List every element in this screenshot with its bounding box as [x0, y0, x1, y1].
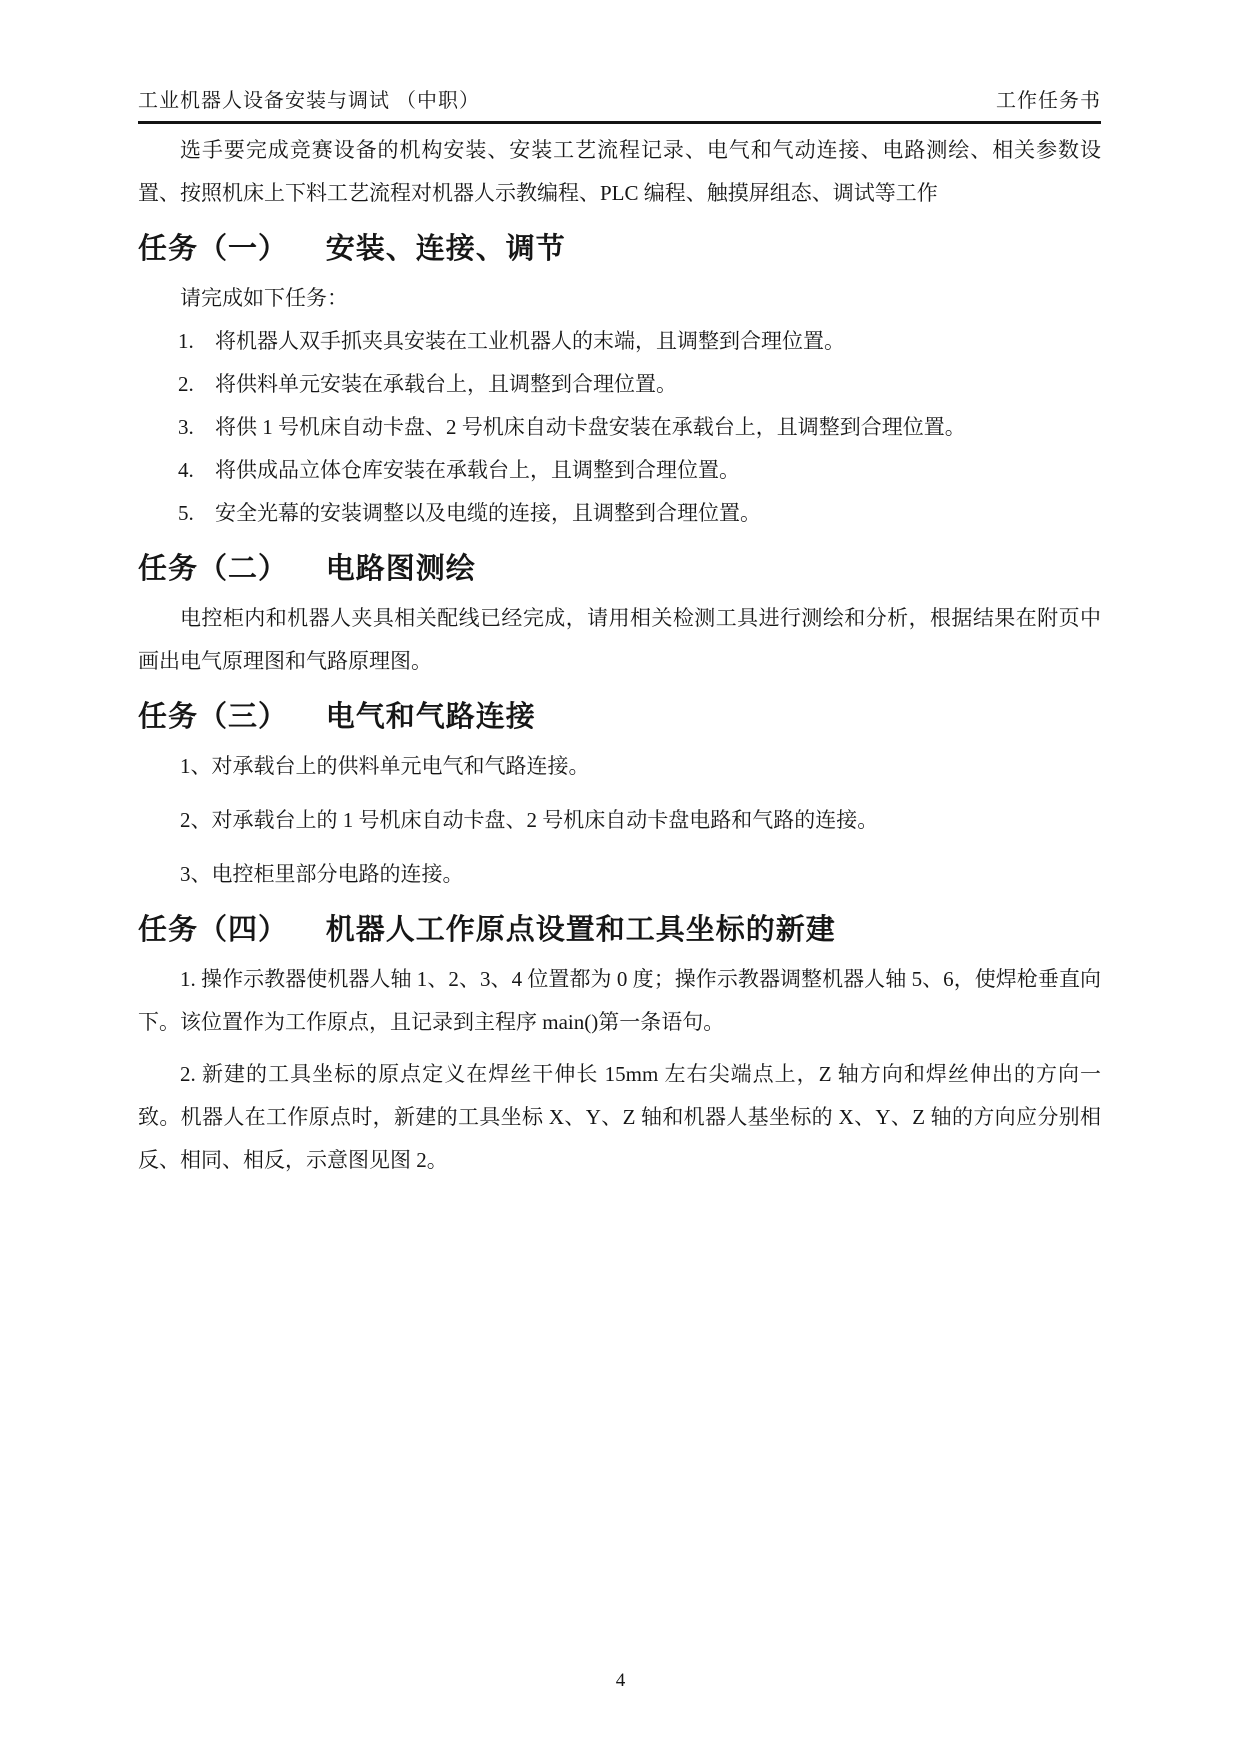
task3-heading-title: 电气和气路连接 [326, 701, 536, 733]
list-item-number: 5. [178, 492, 215, 535]
task4-paragraph: 1. 操作示教器使机器人轴 1、2、3、4 位置都为 0 度；操作示教器调整机器… [138, 958, 1101, 1044]
list-item-number: 1. [178, 320, 215, 363]
task3-heading-label: 任务（三） [138, 701, 288, 733]
task4-paragraph: 2. 新建的工具坐标的原点定义在焊丝干伸长 15mm 左右尖端点上，Z 轴方向和… [138, 1053, 1101, 1182]
task3-item: 1、对承载台上的供料单元电气和气路连接。 [138, 745, 1101, 788]
task2-paragraph: 电控柜内和机器人夹具相关配线已经完成，请用相关检测工具进行测绘和分析，根据结果在… [138, 597, 1101, 683]
task1-heading-label: 任务（一） [138, 233, 288, 265]
task3-item: 3、电控柜里部分电路的连接。 [138, 853, 1101, 896]
header-right-title: 工作任务书 [996, 84, 1101, 113]
task1-list: 1. 将机器人双手抓夹具安装在工业机器人的末端，且调整到合理位置。 2. 将供料… [138, 320, 1101, 535]
document-page: 工业机器人设备安装与调试 （中职） 工作任务书 选手要完成竞赛设备的机构安装、安… [0, 0, 1241, 1754]
page-number: 4 [0, 1670, 1241, 1692]
page-header: 工业机器人设备安装与调试 （中职） 工作任务书 [138, 84, 1101, 124]
list-item-text: 将供 1 号机床自动卡盘、2 号机床自动卡盘安装在承载台上，且调整到合理位置。 [215, 406, 1101, 449]
task3-heading: 任务（三）电气和气路连接 [138, 700, 1101, 734]
list-item: 4. 将供成品立体仓库安装在承载台上，且调整到合理位置。 [178, 449, 1101, 492]
list-item-number: 3. [178, 406, 215, 449]
task4-heading-title: 机器人工作原点设置和工具坐标的新建 [326, 914, 836, 946]
task2-heading-label: 任务（二） [138, 553, 288, 585]
task1-lead: 请完成如下任务： [138, 277, 1101, 320]
list-item: 3. 将供 1 号机床自动卡盘、2 号机床自动卡盘安装在承载台上，且调整到合理位… [178, 406, 1101, 449]
list-item-number: 2. [178, 363, 215, 406]
intro-paragraph: 选手要完成竞赛设备的机构安装、安装工艺流程记录、电气和气动连接、电路测绘、相关参… [138, 129, 1101, 215]
task1-heading: 任务（一）安装、连接、调节 [138, 232, 1101, 266]
list-item-text: 将机器人双手抓夹具安装在工业机器人的末端，且调整到合理位置。 [215, 320, 1101, 363]
task1-heading-title: 安装、连接、调节 [326, 233, 566, 265]
list-item-number: 4. [178, 449, 215, 492]
list-item: 1. 将机器人双手抓夹具安装在工业机器人的末端，且调整到合理位置。 [178, 320, 1101, 363]
task4-heading: 任务（四）机器人工作原点设置和工具坐标的新建 [138, 913, 1101, 947]
list-item: 5. 安全光幕的安装调整以及电缆的连接，且调整到合理位置。 [178, 492, 1101, 535]
list-item-text: 安全光幕的安装调整以及电缆的连接，且调整到合理位置。 [215, 492, 1101, 535]
list-item-text: 将供成品立体仓库安装在承载台上，且调整到合理位置。 [215, 449, 1101, 492]
header-left-title: 工业机器人设备安装与调试 （中职） [138, 84, 480, 113]
list-item-text: 将供料单元安装在承载台上，且调整到合理位置。 [215, 363, 1101, 406]
task2-heading: 任务（二）电路图测绘 [138, 552, 1101, 586]
task4-heading-label: 任务（四） [138, 914, 288, 946]
list-item: 2. 将供料单元安装在承载台上，且调整到合理位置。 [178, 363, 1101, 406]
task2-heading-title: 电路图测绘 [326, 553, 476, 585]
task3-item: 2、对承载台上的 1 号机床自动卡盘、2 号机床自动卡盘电路和气路的连接。 [138, 799, 1101, 842]
